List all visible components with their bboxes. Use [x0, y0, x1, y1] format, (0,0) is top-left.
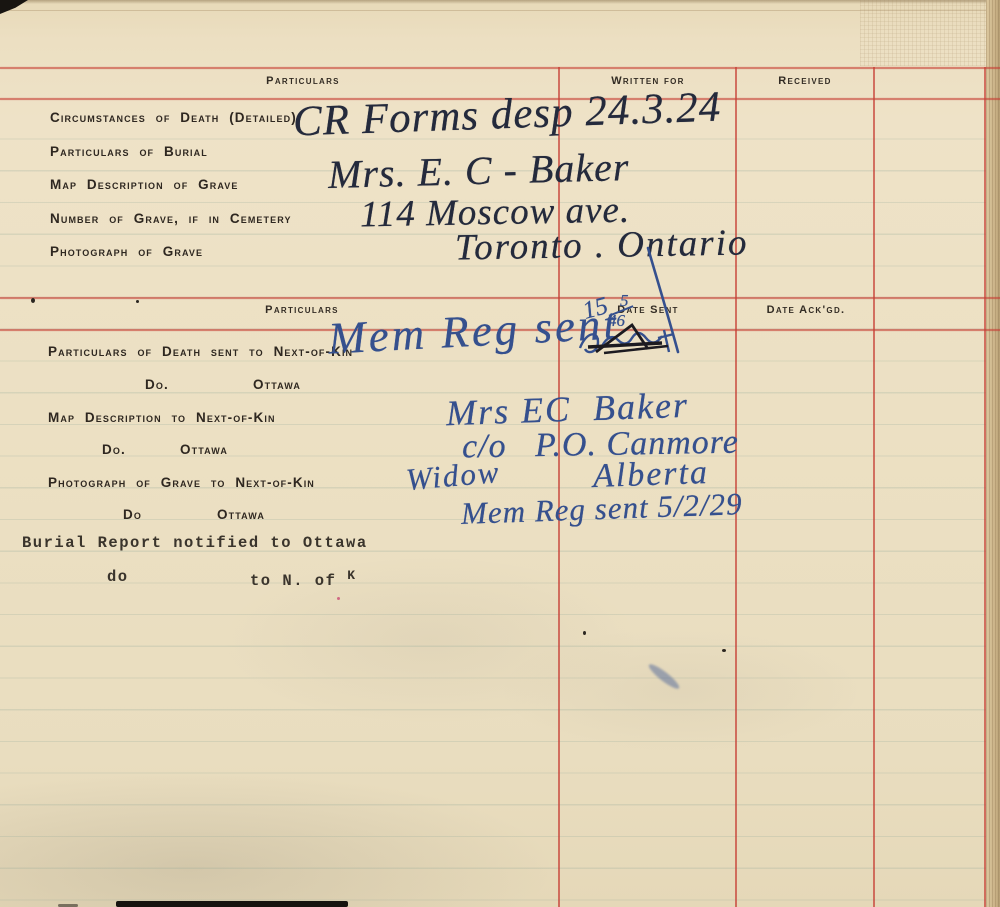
binding-texture-top-right [860, 0, 986, 66]
blue-ink-smudge [646, 661, 681, 691]
row-label-ottawa-1: Ottawa [253, 377, 301, 392]
field-label-photograph-of-grave: Photograph of Grave [50, 244, 203, 259]
register-card-page: Particulars Written for Received Circums… [0, 0, 1000, 907]
handwriting-mem-reg-sent-2: Mem Reg sent 5/2/29 [460, 486, 743, 532]
ink-speck [722, 649, 726, 652]
long-pen-stroke [640, 246, 688, 356]
red-rule-vertical-4 [984, 67, 986, 907]
typewritten-to-n-of-k: to N. of K [250, 568, 357, 590]
row-label-particulars-death-nok: Particulars of Death sent to Next-of-Kin [48, 344, 353, 359]
row-label-do-1: Do. [145, 377, 169, 392]
handwriting-nok-city: Toronto . Ontario [455, 221, 749, 269]
column-header-received: Received [778, 75, 831, 87]
typewritten-do: do [107, 568, 129, 586]
ink-speck [31, 298, 35, 303]
column-header-particulars: Particulars [266, 75, 340, 87]
field-label-map-description-of-grave: Map Description of Grave [50, 177, 239, 192]
red-rule-vertical-3 [873, 67, 875, 907]
row-label-photograph-grave-nok: Photograph of Grave to Next-of-Kin [48, 475, 315, 490]
pink-speck [337, 597, 340, 600]
typewritten-superscript-k: K [347, 568, 356, 583]
row-label-map-description-nok: Map Description to Next-of-Kin [48, 410, 276, 425]
column-header-date-ackgd: Date Ack'gd. [767, 304, 846, 316]
ink-speck [583, 631, 586, 635]
red-rule-horizontal-3 [0, 297, 1000, 299]
field-label-number-of-grave: Number of Grave, if in Cemetery [50, 211, 292, 226]
scan-corner-mark [0, 0, 28, 14]
field-label-particulars-of-burial: Particulars of Burial [50, 144, 208, 159]
binding-edge-right [986, 0, 1000, 907]
field-label-circumstances-of-death: Circumstances of Death (Detailed) [50, 110, 297, 125]
row-label-do-3: Do [123, 507, 142, 522]
row-label-ottawa-3: Ottawa [217, 507, 265, 522]
handwriting-nok-relation: Widow [405, 454, 502, 498]
page-top-hairline [0, 10, 1000, 11]
row-label-ottawa-2: Ottawa [180, 442, 228, 457]
red-rule-horizontal-1 [0, 67, 1000, 69]
row-label-do-2: Do. [102, 442, 126, 457]
scan-bottom-shadow [116, 901, 348, 907]
handwriting-cr-forms-desp: CR Forms desp 24.3.24 [292, 83, 722, 147]
page-top-edge [0, 0, 1000, 4]
ink-speck [136, 300, 139, 303]
typewritten-burial-report: Burial Report notified to Ottawa [22, 534, 368, 552]
